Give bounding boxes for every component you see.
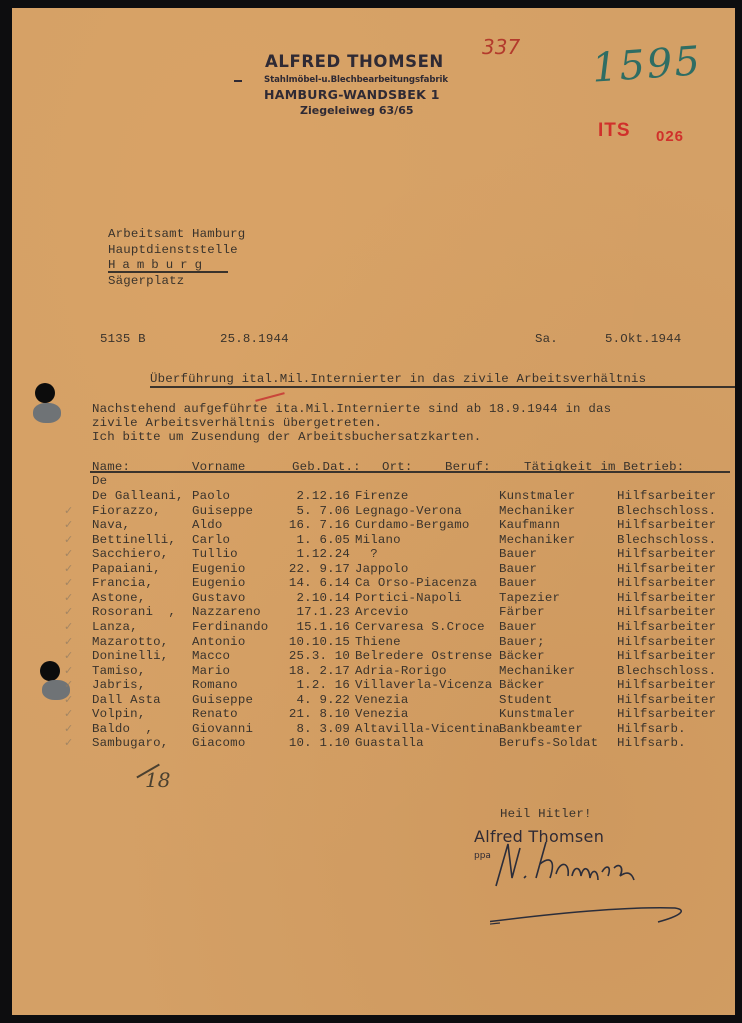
internee-occupation: Bäcker: [499, 678, 545, 692]
internee-first-name: Carlo: [192, 533, 230, 547]
internee-occupation: Kaufmann: [499, 518, 560, 532]
internee-surname: Mazarotto,: [92, 635, 168, 649]
signature-ppa: ppa: [474, 851, 491, 861]
internee-surname: Nava,: [92, 518, 130, 532]
internee-occupation: Bauer: [499, 620, 537, 634]
internee-surname: Jabris,: [92, 678, 145, 692]
internee-occupation: Student: [499, 693, 552, 707]
internee-surname: Lanza,: [92, 620, 138, 634]
check-mark-icon: ✓: [64, 707, 73, 721]
internee-birth-date: 2.10.14: [280, 591, 350, 605]
internee-surname: Tamiso,: [92, 664, 145, 678]
internee-first-name: Eugenio: [192, 562, 245, 576]
internee-birthplace: Thiene: [355, 635, 401, 649]
check-mark-icon: ✓: [64, 518, 73, 532]
handwritten-signature: [490, 838, 730, 948]
internee-birth-date: 16. 7.16: [280, 518, 350, 532]
internee-activity: Hilfsarbeiter: [617, 605, 716, 619]
internee-birthplace: Milano: [355, 533, 401, 547]
internee-birth-date: 2.12.16: [280, 489, 350, 503]
check-mark-icon: ✓: [64, 736, 73, 750]
internee-first-name: Guiseppe: [192, 693, 253, 707]
internee-activity: Hilfsarb.: [617, 736, 686, 750]
internee-surname: Sacchiero,: [92, 547, 168, 561]
internee-birth-date: 10.10.15: [280, 635, 350, 649]
internee-first-name: Tullio: [192, 547, 238, 561]
letter-date: 5.Okt.1944: [605, 332, 681, 346]
internee-occupation: Bauer: [499, 562, 537, 576]
internee-occupation: Mechaniker: [499, 664, 575, 678]
internee-activity: Hilfsarbeiter: [617, 649, 716, 663]
handwritten-count: 18: [145, 768, 170, 792]
check-mark-icon: ✓: [64, 649, 73, 663]
letterhead-street: Ziegeleiweg 63/65: [300, 104, 414, 117]
archive-red-number: 337: [482, 35, 520, 59]
internee-surname: Fiorazzo,: [92, 504, 161, 518]
internee-first-name: Aldo: [192, 518, 223, 532]
internee-activity: Hilfsarbeiter: [617, 518, 716, 532]
internee-activity: Hilfsarbeiter: [617, 620, 716, 634]
internee-first-name: Paolo: [192, 489, 230, 503]
check-mark-icon: ✓: [64, 533, 73, 547]
internee-first-name: Giacomo: [192, 736, 245, 750]
internee-occupation: Tapezier: [499, 591, 560, 605]
internee-surname: Rosorani ,: [92, 605, 176, 619]
internee-activity: Hilfsarbeiter: [617, 707, 716, 721]
check-mark-icon: ✓: [64, 605, 73, 619]
internee-occupation: Färber: [499, 605, 545, 619]
pre-row-text: De: [92, 474, 107, 488]
internee-birth-date: 1.2. 16: [280, 678, 350, 692]
internee-occupation: Bankbeamter: [499, 722, 583, 736]
internee-first-name: Romano: [192, 678, 238, 692]
check-mark-icon: ✓: [64, 576, 73, 590]
internee-birthplace: Venezia: [355, 707, 408, 721]
internee-first-name: Giovanni: [192, 722, 253, 736]
letterhead-subtitle: Stahlmöbel-u.Blechbearbeitungsfabrik: [264, 75, 448, 85]
internee-first-name: Mario: [192, 664, 230, 678]
internee-first-name: Guiseppe: [192, 504, 253, 518]
recipient-underline: [108, 271, 228, 273]
internee-activity: Blechschloss.: [617, 533, 716, 547]
internee-activity: Hilfsarbeiter: [617, 562, 716, 576]
internee-activity: Hilfsarbeiter: [617, 635, 716, 649]
internee-surname: Dall Asta: [92, 693, 161, 707]
check-mark-icon: ✓: [64, 693, 73, 707]
check-mark-icon: ✓: [64, 562, 73, 576]
internee-activity: Blechschloss.: [617, 504, 716, 518]
internee-first-name: Gustavo: [192, 591, 245, 605]
internee-birthplace: Jappolo: [355, 562, 408, 576]
internee-birthplace: Villaverla-Vicenza: [355, 678, 492, 692]
internee-activity: Hilfsarbeiter: [617, 547, 716, 561]
internee-birthplace: Guastalla: [355, 736, 424, 750]
internee-occupation: Bäcker: [499, 649, 545, 663]
internee-first-name: Antonio: [192, 635, 245, 649]
internee-birthplace: Curdamo-Bergamo: [355, 518, 470, 532]
punch-hole: [35, 383, 55, 403]
check-mark-icon: ✓: [64, 504, 73, 518]
internee-surname: Sambugaro,: [92, 736, 168, 750]
table-header-underline: [90, 471, 730, 473]
internee-birthplace: ?: [355, 547, 378, 561]
internee-surname: Baldo ,: [92, 722, 153, 736]
recipient-line-1: Arbeitsamt Hamburg: [108, 227, 245, 241]
internee-birthplace: Arcevio: [355, 605, 408, 619]
recipient-line-3: Hamburg: [108, 258, 209, 272]
internee-birthplace: Altavilla-Vicentina: [355, 722, 500, 736]
internee-first-name: Renato: [192, 707, 238, 721]
internee-birth-date: 1.12.24: [280, 547, 350, 561]
check-mark-icon: ✓: [64, 635, 73, 649]
letterhead-company: ALFRED THOMSEN: [265, 52, 444, 71]
internee-surname: Volpin,: [92, 707, 145, 721]
internee-occupation: Kunstmaler: [499, 489, 575, 503]
check-mark-icon: ✓: [64, 547, 73, 561]
internee-birthplace: Adria-Rorigo: [355, 664, 447, 678]
internee-activity: Hilfsarbeiter: [617, 489, 716, 503]
punch-hole-shadow: [33, 403, 61, 423]
internee-surname: Papaiani,: [92, 562, 161, 576]
internee-occupation: Bauer: [499, 576, 537, 590]
internee-birthplace: Cervaresa S.Croce: [355, 620, 485, 634]
internee-surname: Bettinelli,: [92, 533, 176, 547]
internee-occupation: Berufs-Soldat: [499, 736, 598, 750]
its-stamp-number: 026: [656, 128, 684, 145]
body-line-1: Nachstehend aufgeführte ita.Mil.Internie…: [92, 402, 611, 416]
internee-birthplace: Belredere Ostrense: [355, 649, 492, 663]
internee-birth-date: 17.1.23: [280, 605, 350, 619]
internee-first-name: Macco: [192, 649, 230, 663]
letterhead-dash: [234, 80, 242, 82]
internee-birth-date: 15.1.16: [280, 620, 350, 634]
internee-birth-date: 5. 7.06: [280, 504, 350, 518]
body-line-2: zivile Arbeitsverhältnis übergetreten.: [92, 416, 382, 430]
reference-date: 25.8.1944: [220, 332, 289, 346]
check-mark-icon: ✓: [64, 678, 73, 692]
archive-blue-number: 1595: [591, 38, 704, 92]
internee-surname: Doninelli,: [92, 649, 168, 663]
internee-birthplace: Venezia: [355, 693, 408, 707]
internee-occupation: Kunstmaler: [499, 707, 575, 721]
body-line-3: Ich bitte um Zusendung der Arbeitsbucher…: [92, 430, 481, 444]
internee-occupation: Bauer;: [499, 635, 545, 649]
subject-line: Überführung ital.Mil.Internierter in das…: [150, 372, 735, 386]
internee-birth-date: 8. 3.09: [280, 722, 350, 736]
internee-birth-date: 21. 8.10: [280, 707, 350, 721]
internee-first-name: Nazzareno: [192, 605, 261, 619]
internee-birth-date: 18. 2.17: [280, 664, 350, 678]
internee-birth-date: 10. 1.10: [280, 736, 350, 750]
internee-occupation: Bauer: [499, 547, 537, 561]
internee-surname: Astone,: [92, 591, 145, 605]
internee-birth-date: 22. 9.17: [280, 562, 350, 576]
internee-activity: Hilfsarbeiter: [617, 576, 716, 590]
internee-activity: Hilfsarbeiter: [617, 678, 716, 692]
check-mark-icon: ✓: [64, 620, 73, 634]
check-mark-icon: ✓: [64, 664, 73, 678]
internee-birthplace: Legnago-Verona: [355, 504, 462, 518]
internee-birthplace: Ca Orso-Piacenza: [355, 576, 477, 590]
internee-activity: Hilfsarbeiter: [617, 591, 716, 605]
internee-first-name: Eugenio: [192, 576, 245, 590]
recipient-line-2: Hauptdienststelle: [108, 243, 238, 257]
internee-birthplace: Firenze: [355, 489, 408, 503]
internee-birth-date: 14. 6.14: [280, 576, 350, 590]
reference-number: 5135 B: [100, 332, 146, 346]
internee-surname: Francia,: [92, 576, 153, 590]
internee-surname: De Galleani,: [92, 489, 184, 503]
internee-birthplace: Portici-Napoli: [355, 591, 462, 605]
internee-first-name: Ferdinando: [192, 620, 268, 634]
internee-activity: Hilfsarbeiter: [617, 693, 716, 707]
reference-initials: Sa.: [535, 332, 558, 346]
check-mark-icon: ✓: [64, 722, 73, 736]
internee-birth-date: 1. 6.05: [280, 533, 350, 547]
subject-underline: [150, 386, 735, 388]
table-pre-row: De: [92, 474, 107, 489]
internee-activity: Hilfsarb.: [617, 722, 686, 736]
internee-occupation: Mechaniker: [499, 533, 575, 547]
internee-occupation: Mechaniker: [499, 504, 575, 518]
recipient-line-4: Sägerplatz: [108, 274, 184, 288]
internee-birth-date: 4. 9.22: [280, 693, 350, 707]
internee-activity: Blechschloss.: [617, 664, 716, 678]
check-mark-icon: ✓: [64, 591, 73, 605]
its-stamp: ITS: [598, 120, 631, 142]
letterhead-city: HAMBURG-WANDSBEK 1: [264, 87, 440, 102]
internee-birth-date: 25.3. 10: [280, 649, 350, 663]
closing-greeting: Heil Hitler!: [500, 807, 592, 821]
punch-hole: [40, 661, 60, 681]
